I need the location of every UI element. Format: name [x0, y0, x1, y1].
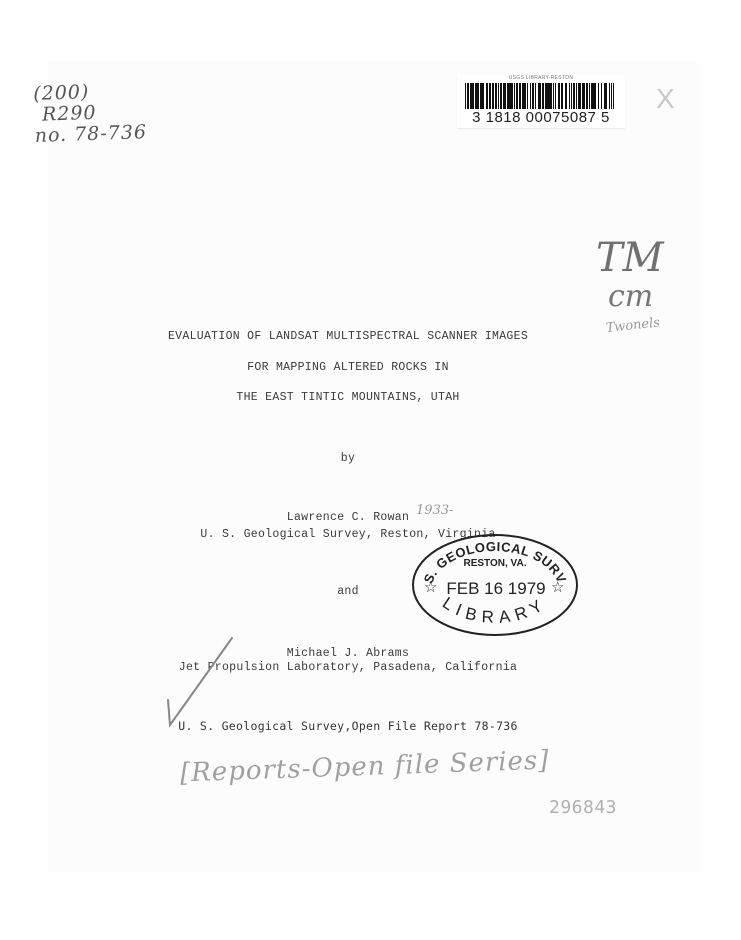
handwritten-note: cm — [608, 282, 664, 312]
barcode-icon — [465, 83, 615, 109]
star-icon: ☆ — [551, 578, 564, 596]
author-name: Lawrence C. Rowan — [0, 511, 696, 524]
title-line: EVALUATION OF LANDSAT MULTISPECTRAL SCAN… — [0, 330, 696, 343]
call-number-line: no. 78-736 — [34, 122, 147, 147]
and-label: and — [0, 585, 696, 598]
barcode-caption: USGS LIBRARY-RESTON — [457, 75, 625, 81]
title-line: FOR MAPPING ALTERED ROCKS IN — [0, 361, 696, 374]
barcode-label: USGS LIBRARY-RESTON 3 1818 00075087 5 — [457, 74, 625, 128]
handwritten-call-number: (200) R290 no. 78-736 — [33, 80, 147, 147]
barcode-number: 3 1818 00075087 5 — [457, 109, 625, 126]
stamp-sub-text: RESTON, VA. — [464, 558, 527, 569]
stamp-bottom-text: LIBRARY — [439, 593, 551, 627]
scanned-page-background — [48, 62, 698, 872]
checkmark-icon — [160, 630, 240, 730]
author-name: Michael J. Abrams — [0, 647, 696, 660]
author-year-annotation: 1933- — [416, 503, 453, 518]
author-affiliation: U. S. Geological Survey, Reston, Virgini… — [0, 528, 696, 541]
author-affiliation: Jet Propulsion Laboratory, Pasadena, Cal… — [0, 661, 696, 674]
accession-number: 296843 — [549, 797, 617, 818]
handwritten-note: TM — [596, 238, 664, 278]
title-line: THE EAST TINTIC MOUNTAINS, UTAH — [0, 391, 696, 404]
stamp-date: FEB 16 1979 — [446, 579, 545, 598]
report-citation: U. S. Geological Survey,Open File Report… — [0, 719, 696, 733]
svg-text:LIBRARY: LIBRARY — [439, 593, 551, 627]
star-icon: ☆ — [424, 578, 437, 596]
handwritten-margin-notes: TM cm Twonels — [596, 238, 664, 334]
by-label: by — [0, 452, 696, 465]
margin-x-mark: X — [656, 83, 675, 115]
library-stamp: U. S. GEOLOGICAL SURVEY RESTON, VA. ☆ ☆ … — [410, 532, 580, 638]
